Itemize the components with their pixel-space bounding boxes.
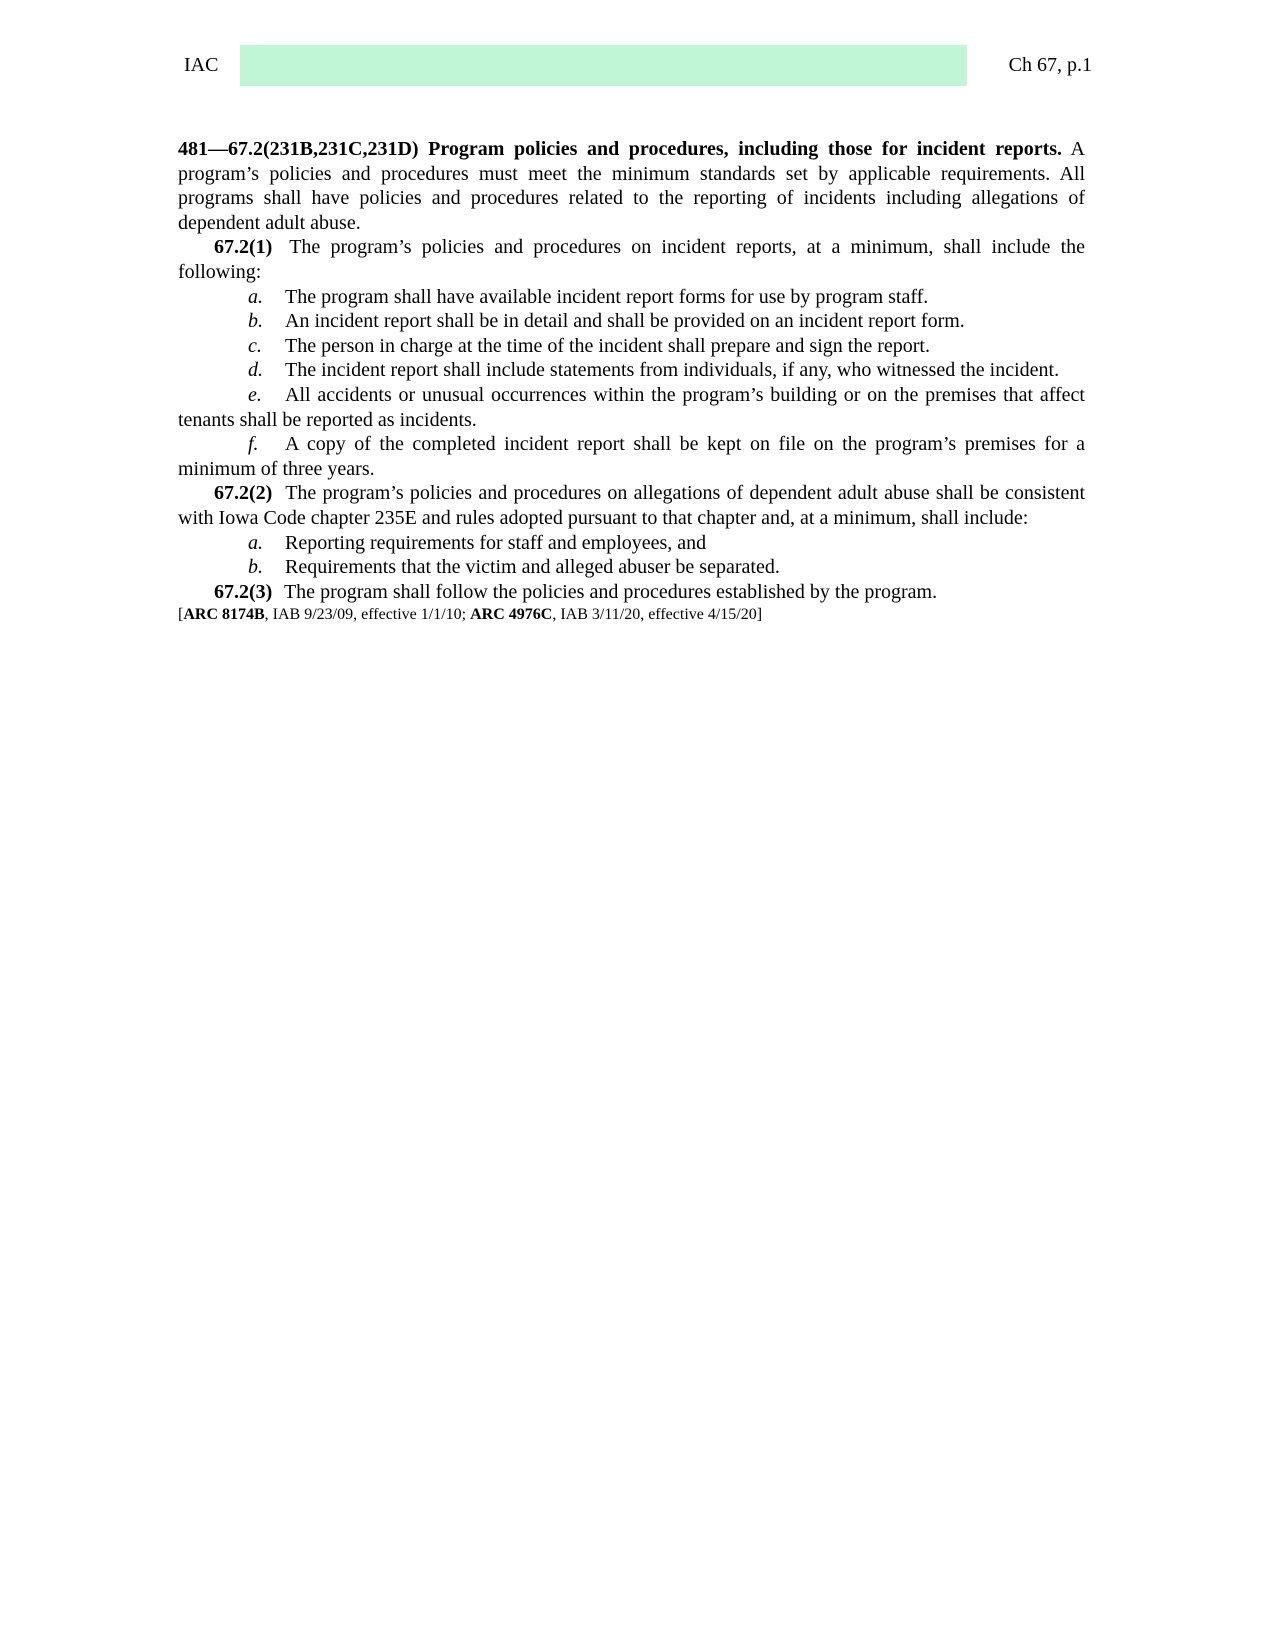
item-letter: e. — [248, 383, 262, 408]
subrule-3-number: 67.2(3) — [214, 581, 272, 603]
item-text: The program shall have available inciden… — [285, 286, 928, 308]
item-text: The person in charge at the time of the … — [285, 335, 930, 357]
item-letter: a. — [248, 285, 263, 310]
list-item-b: b.Requirements that the victim and alleg… — [178, 555, 1085, 580]
header-highlight-bar — [240, 45, 967, 86]
citation-detail-2: , IAB 3/11/20, effective 4/15/20] — [552, 606, 762, 623]
list-item-a: a.The program shall have available incid… — [178, 285, 1085, 310]
arc-citation-line: [ARC 8174B, IAB 9/23/09, effective 1/1/1… — [178, 605, 1085, 625]
citation-arc-1: ARC 8174B — [183, 606, 264, 623]
chapter-page-label: Ch 67, p.1 — [1009, 53, 1092, 78]
rule-content: 481—67.2(231B,231C,231D) Program policie… — [178, 137, 1085, 625]
item-text: Requirements that the victim and alleged… — [285, 556, 780, 578]
list-item-d: d.The incident report shall include stat… — [178, 358, 1085, 383]
citation-detail-1: , IAB 9/23/09, effective 1/1/10; — [265, 606, 470, 623]
item-text: An incident report shall be in detail an… — [285, 310, 965, 332]
iac-label: IAC — [184, 53, 218, 78]
item-text: A copy of the completed incident report … — [178, 433, 1085, 480]
item-letter: b. — [248, 555, 263, 580]
subrule-2-text: The program’s policies and procedures on… — [178, 482, 1085, 529]
list-item-b: b.An incident report shall be in detail … — [178, 309, 1085, 334]
rule-heading-paragraph: 481—67.2(231B,231C,231D) Program policie… — [178, 137, 1085, 235]
item-text: All accidents or unusual occurrences wit… — [178, 384, 1085, 431]
subrule-1-number: 67.2(1) — [214, 236, 272, 258]
list-item-a: a.Reporting requirements for staff and e… — [178, 531, 1085, 556]
item-letter: b. — [248, 309, 263, 334]
item-letter: f. — [248, 432, 259, 457]
citation-arc-2: ARC 4976C — [470, 606, 552, 623]
document-page: IAC Ch 67, p.1 481—67.2(231B,231C,231D) … — [0, 0, 1275, 1649]
item-letter: d. — [248, 358, 263, 383]
subrule-1-paragraph: 67.2(1) The program’s policies and proce… — [178, 235, 1085, 284]
subrule-2-paragraph: 67.2(2) The program’s policies and proce… — [178, 481, 1085, 530]
list-item-e: e.All accidents or unusual occurrences w… — [178, 383, 1085, 432]
list-item-f: f.A copy of the completed incident repor… — [178, 432, 1085, 481]
item-text: Reporting requirements for staff and emp… — [285, 532, 706, 554]
item-letter: a. — [248, 531, 263, 556]
item-letter: c. — [248, 334, 262, 359]
rule-number-title: 481—67.2(231B,231C,231D) Program policie… — [178, 138, 1062, 160]
item-text: The incident report shall include statem… — [285, 359, 1059, 381]
subrule-2-number: 67.2(2) — [214, 482, 272, 504]
subrule-3-paragraph: 67.2(3) The program shall follow the pol… — [178, 580, 1085, 605]
list-item-c: c.The person in charge at the time of th… — [178, 334, 1085, 359]
subrule-1-text: The program’s policies and procedures on… — [178, 236, 1085, 283]
subrule-3-text: The program shall follow the policies an… — [284, 581, 937, 603]
